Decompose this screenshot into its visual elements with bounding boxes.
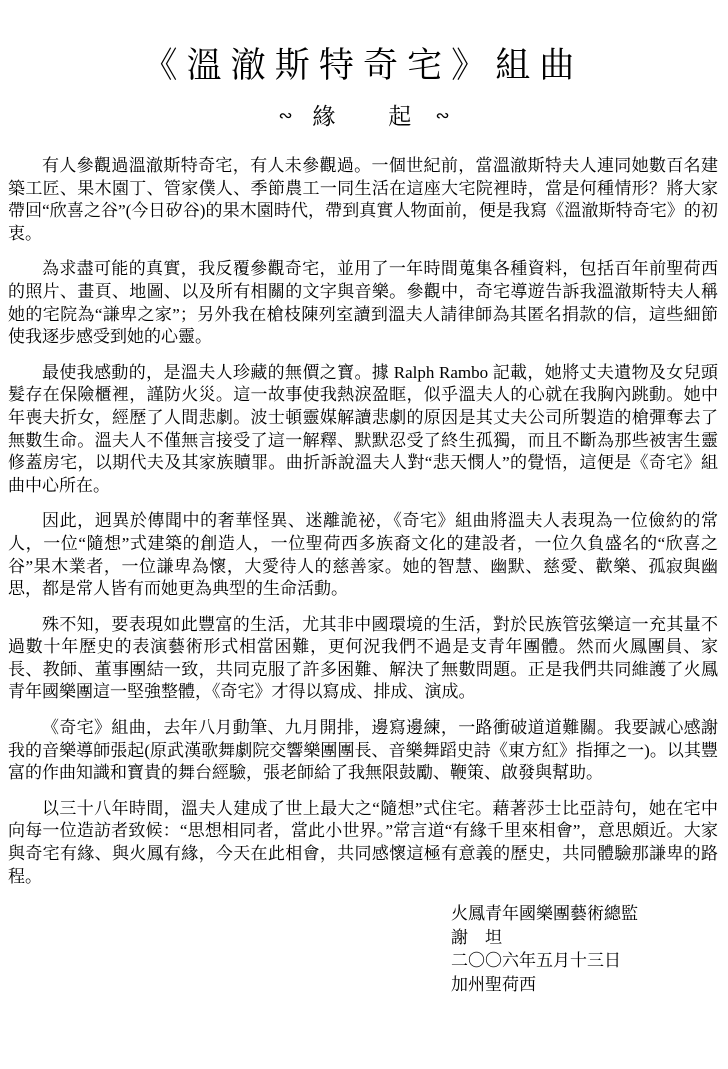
signature-name: 謝 坦 xyxy=(451,926,718,950)
signature-place: 加州聖荷西 xyxy=(451,973,718,997)
right-flourish-icon: ∾ xyxy=(435,106,447,126)
paragraph-closing: 以三十八年時間，溫夫人建成了世上最大之“隨想”式住宅。藉著莎士比亞詩句，她在宅中… xyxy=(8,798,718,888)
document-title: 《溫澈斯特奇宅》組曲 xyxy=(8,38,718,88)
signature-block: 火鳳青年國樂團藝術總監 謝 坦 二〇〇六年五月十三日 加州聖荷西 xyxy=(451,902,718,996)
paragraph-orchestra-challenges: 殊不知，要表現如此豐富的生活，尤其非中國環境的生活，對於民族管弦樂這一充其量不過… xyxy=(8,614,718,704)
paragraph-treasure-story: 最使我感動的，是溫夫人珍藏的無價之寶。據 Ralph Rambo 記載，她將丈夫… xyxy=(8,362,718,498)
paragraph-acknowledgement: 《奇宅》組曲，去年八月動筆、九月開排，邊寫邊練，一路衝破道道難關。我要誠心感謝我… xyxy=(8,717,718,785)
subtitle-text: 緣 起 xyxy=(312,104,413,129)
signature-role: 火鳳青年國樂團藝術總監 xyxy=(451,902,718,926)
left-flourish-icon: ∾ xyxy=(278,106,290,126)
paragraph-origin-intent: 有人參觀過溫澈斯特奇宅，有人未參觀過。一個世紀前，當溫澈斯特夫人連同她數百名建築… xyxy=(8,155,718,245)
document-body: 有人參觀過溫澈斯特奇宅，有人未參觀過。一個世紀前，當溫澈斯特夫人連同她數百名建築… xyxy=(8,155,718,888)
paragraph-research: 為求盡可能的真實，我反覆參觀奇宅，並用了一年時間蒐集各種資料，包括百年前聖荷西的… xyxy=(8,258,718,348)
document-subtitle: ∾ 緣 起 ∾ xyxy=(8,98,718,131)
paragraph-portrait-of-mrs-winchester: 因此，迥異於傳聞中的奢華怪異、迷離詭祕，《奇宅》組曲將溫夫人表現為一位儉約的常人… xyxy=(8,510,718,600)
signature-date: 二〇〇六年五月十三日 xyxy=(451,949,718,973)
document-page: 《溫澈斯特奇宅》組曲 ∾ 緣 起 ∾ 有人參觀過溫澈斯特奇宅，有人未參觀過。一個… xyxy=(0,0,728,1069)
